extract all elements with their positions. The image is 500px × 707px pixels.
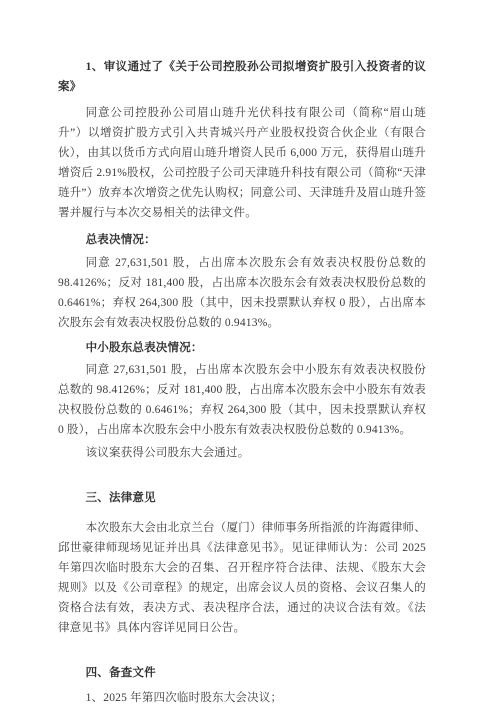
total-vote-heading: 总表决情况：: [58, 230, 426, 250]
legal-opinion-body: 本次股东大会由北京兰台（厦门）律师事务所指派的许海霞律师、邱世豪律师现场见证并出…: [58, 518, 426, 638]
resolution-item-body: 同意公司控股孙公司眉山琏升光伏科技有限公司（简称“眉山琏升”）以增资扩股方式引入…: [58, 103, 426, 223]
reference-document-item: 1、2025 年第四次临时股东大会决议；: [58, 688, 426, 707]
resolution-item-heading: 1、审议通过了《关于公司控股孙公司拟增资扩股引入投资者的议案》: [58, 57, 426, 97]
resolution-pass-note: 该议案获得公司股东大会通过。: [58, 443, 426, 463]
minor-shareholder-vote-body: 同意 27,631,501 股，占出席本次股东会中小股东有效表决权股份总数的 9…: [58, 360, 426, 440]
legal-opinion-section-heading: 三、法律意见: [58, 488, 426, 508]
total-vote-body: 同意 27,631,501 股，占出席本次股东会有效表决权股份总数的 98.41…: [58, 253, 426, 333]
reference-documents-section-heading: 四、备查文件: [58, 663, 426, 683]
document-page: 1、审议通过了《关于公司控股孙公司拟增资扩股引入投资者的议案》 同意公司控股孙公…: [0, 0, 500, 707]
minor-shareholder-vote-heading: 中小股东总表决情况：: [58, 338, 426, 358]
